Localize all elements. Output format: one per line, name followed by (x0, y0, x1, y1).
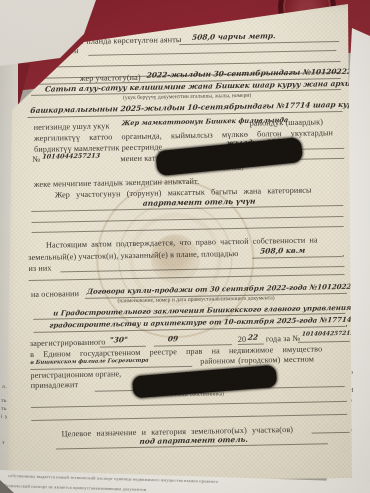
registry-line1-kg: жергиликтүү каттоо органында, кыймылсыз … (34, 129, 333, 143)
registry-date-kg: жылдын "30" 09 (226, 138, 297, 146)
plot-label-kg: жер участогу(на) (80, 74, 141, 83)
reg-suffix: года за № (266, 335, 301, 344)
ruled-line (31, 72, 341, 79)
redaction-mark (132, 365, 277, 398)
ruled-line (30, 366, 192, 370)
act-content: Ушул акт планда көрсөтүлгөн аянты 508,0 … (0, 0, 370, 493)
branch-value-ru: в Бишкекском филиале Госрегистра (30, 359, 149, 367)
act-sheet: Ушул акт планда көрсөтүлгөн аянты 508,0 … (0, 0, 370, 493)
ruled-line (29, 274, 345, 281)
reg-year-prefix: 20 (238, 336, 247, 344)
purpose-label-ru: Целевое назначение и категория земельног… (62, 426, 294, 439)
text-fragment: т (2, 440, 5, 446)
owner-caption-ru: (наименование собственника) (153, 392, 224, 399)
reg-number-ru: 1014044257213 (301, 332, 354, 339)
ruled-line (179, 41, 339, 45)
registered-label-kg: менен катталган, (120, 154, 181, 163)
registry-line-ru: в Едином государственном реестре прав на… (30, 345, 322, 359)
organ-line-ru: регистрационном органе, (30, 370, 121, 380)
reg-number-kg: 1014044257213 (42, 153, 100, 161)
official-seal-watermark (95, 179, 256, 340)
registered-label-ru: зарегистрированного (30, 339, 106, 349)
basis-label-kg: негизинде ушул укук (34, 122, 110, 132)
ruled-line (31, 61, 341, 68)
plot-value-kg: 2022-жылдын 30-сентябрындагы №1012022259… (146, 67, 370, 79)
ruled-line (56, 443, 328, 449)
ruled-line (31, 78, 341, 85)
redaction-mark (155, 137, 303, 176)
ruled-line (60, 266, 344, 272)
comma: , (345, 320, 347, 328)
text-fragment: л. (2, 384, 7, 390)
ruled-line (33, 313, 345, 320)
ruled-line (298, 341, 350, 343)
ruled-line (31, 414, 347, 421)
text-fragment: ть (1, 406, 7, 412)
date-caption-kg: (жылы жана айы) (201, 167, 243, 173)
belongs-label-ru: принадлежит (31, 381, 79, 390)
document-photo: о Н р Се Се л. ть ть і у т Ушул акт план… (0, 0, 370, 493)
of-which-label-ru: из них (28, 265, 51, 274)
area-value-ru: 508,0 кв.м (260, 247, 306, 255)
ruled-line (158, 148, 344, 153)
tiny-text-line: Технический паспорт не является правоуст… (4, 483, 147, 492)
ruled-line (312, 432, 350, 434)
reg-month: 09 (167, 335, 178, 343)
purpose-label-kg: Жер участогунун (торунун) максаттык багы… (55, 187, 312, 200)
registry-line2-kg: бирдиктүү мамлекеттик реестринде (34, 143, 162, 154)
ruled-line (95, 386, 345, 392)
ruled-line (34, 326, 346, 333)
ruled-line (154, 344, 232, 346)
basis-value-kg: Жер мамкаттоонун Бишкек филиалында (121, 117, 288, 127)
text-fragment: ть (1, 398, 7, 404)
number-sign-kg: № (32, 156, 40, 164)
basis-line2-ru: и Градостроительного заключения Бишкекск… (53, 304, 339, 316)
purpose-value-kg: апартамент отель үчүн (119, 197, 280, 208)
district-label-ru: районном (городском) местном (200, 356, 314, 366)
ruled-line (238, 344, 264, 345)
ruled-line (85, 293, 347, 299)
deed-line2-kg: башкармалыгынын 2025-жылдын 10-сентябрын… (30, 101, 341, 114)
ruled-line (32, 226, 344, 233)
deed-caption-kg: (укук берүүчү документтин аталышы, жылы,… (87, 93, 287, 102)
ruled-line (100, 346, 146, 348)
basis-value-ru: Договора купли-продажи от 30 сентября 20… (87, 282, 370, 295)
ruled-line (252, 256, 342, 259)
confirm-line1-ru: Настоящим актом подтверждается, что прав… (46, 236, 318, 249)
confirm-line2-ru: земельный(е) участок(и), указанный(е) в … (28, 250, 238, 262)
ruled-line (32, 216, 344, 223)
district-label-kg: райондук (шаардык) (250, 118, 323, 128)
ruled-line (27, 111, 342, 118)
ruled-line (31, 205, 343, 212)
comma: , (342, 250, 344, 258)
reg-day: "30" (109, 336, 128, 344)
purpose-value-ru: под апартамент отель. (93, 435, 294, 446)
basis-line3-ru: градостроительству и архитектуре от 10-о… (49, 316, 330, 328)
basis-caption-ru: (наименование, номер и дата правоустанав… (96, 296, 296, 305)
ruled-line (31, 89, 341, 96)
deed-line1-kg: Сатып алуу-сатуу келишимине жана Бишкек … (45, 80, 336, 93)
ruled-line (31, 401, 347, 408)
ownership-line-kg: жеке менчигине таандык экендигин аныктай… (34, 178, 200, 189)
ruled-line (244, 158, 344, 161)
reg-year: 22 (247, 334, 258, 342)
area-value-kg: 508,0 чарчы метр. (192, 32, 276, 41)
ruled-line (88, 50, 336, 56)
basis-label-ru: на основании (31, 290, 79, 299)
